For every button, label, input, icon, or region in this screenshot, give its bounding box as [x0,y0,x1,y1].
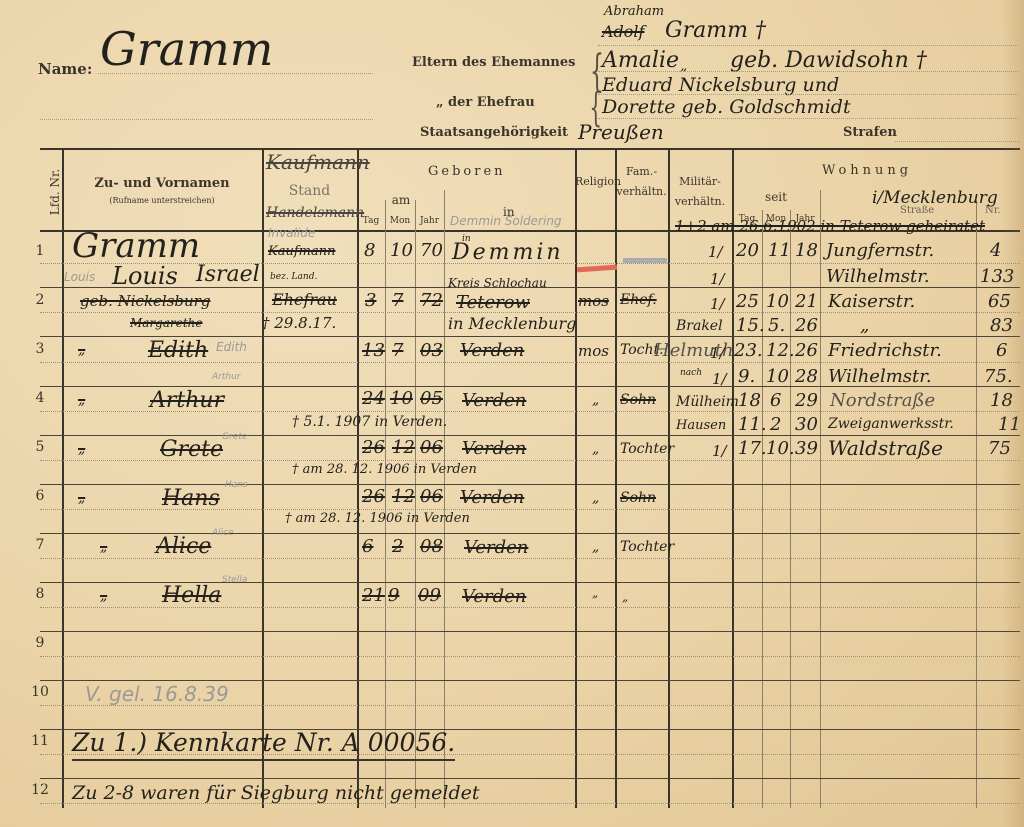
row6-place: Verden [460,487,524,508]
col-header-stand: Stand [262,183,357,199]
row-number: 9 [30,635,50,651]
row4-jahr: 05 [420,388,443,409]
col-header-geboren: Geboren [428,164,506,179]
parents-line-1 [598,44,1018,46]
row8-ditto: „ [100,588,107,604]
row2-name-line2: geb. Nickelsburg [80,292,210,310]
residence-jahr: 18 [795,240,818,261]
row2-stand-note: bez. Land. [270,272,317,282]
residence-nr: 65 [988,291,1011,312]
residence-nr: 133 [980,266,1014,287]
residence-street: Wilhelmstr. [826,266,930,287]
row6-death-note: † am 28. 12. 1906 in Verden [285,511,470,526]
residence-street: Zweiganwerksstr. [828,416,954,432]
row1-mon: 10 [390,240,413,261]
col-divider [385,200,386,808]
residence-mon: 10. [766,438,795,459]
stand-struck-handelsmann: Handelsmann [266,205,364,221]
row7-ditto: „ [100,539,107,555]
row3-tag: 13 [362,340,385,361]
row4-death-note: † 5.1. 1907 in Verden. [292,414,447,430]
col-header-jahr: Jahr [415,216,444,226]
row3-name: Edith [148,338,208,363]
residence-mon: 11 [768,240,791,261]
col-header-am: am [357,193,445,207]
row8-jahr: 09 [418,585,441,606]
row8-tag: 21 [362,585,385,606]
row2-place: Teterow [456,292,530,313]
row7-fam: Tochter [620,539,674,555]
residence-tag: 11. [738,414,767,435]
row2-tag: 3 [365,290,376,311]
row5-ditto: „ [78,441,85,457]
row5-mon: 12 [392,437,415,458]
row4-name: Arthur [150,388,224,413]
row4-fam: Sohn [620,392,656,408]
row-number: 11 [30,733,50,749]
col-divider [732,148,734,808]
name-label: Name: [38,60,92,78]
row2-name-line3: Margarethe [130,316,203,330]
in-pencil-note: Demmin Soldering [450,214,562,228]
residence-jahr: 28 [795,366,818,387]
residence-mark: 1/ [710,295,725,313]
stand-struck-kaufmann: Kaufmann [266,150,370,174]
residence-mark: 1/ [708,243,723,261]
residence-mark: 1/ [710,270,725,288]
row3-name-pencil: Edith [216,340,247,354]
father-husband-correction: Abraham [604,4,664,19]
residence-nr: 11 [998,414,1021,435]
row3-mon: 7 [392,340,403,361]
row1-place: Demmin [452,240,564,265]
col-divider [976,200,977,808]
row6-jahr: 06 [420,486,443,507]
col-header-fam: Fam.-verhältn. [615,162,668,202]
blue-pencil-mark [623,258,667,263]
parents-wife-line2: Dorette geb. Goldschmidt [602,96,851,118]
col-header-seit: seit [732,190,820,204]
residence-nr: 83 [990,315,1013,336]
row7-name-pencil: Alice [212,528,234,538]
row7-religion: „ [592,539,599,555]
row1-jahr: 70 [420,240,443,261]
name-second-line [40,118,373,120]
militaer-extra-note: nach [680,368,702,378]
residence-mon: 12. [766,340,795,361]
row3-religion: mos [578,342,609,360]
residence-street: Waldstraße [828,436,943,460]
row2-name-extra: Israel [196,262,260,287]
row1-stand: Kaufmann [268,244,335,259]
row4-ditto: „ [78,392,85,408]
col-divider [262,148,264,808]
row2-mon: 7 [392,290,403,311]
row6-name: Hans [162,486,220,511]
row1-name: Gramm [72,226,200,266]
col-header-lfd-nr: Lfd. Nr. [48,167,62,217]
col-header-wohnung: Wohnung [822,163,912,178]
row7-jahr: 08 [420,536,443,557]
row8-name: Hella [162,583,221,608]
row3-ditto: „ [78,342,85,358]
row2-name: Louis [112,262,178,290]
col-divider [62,148,64,808]
residence-tag: 15. [736,315,765,336]
row-number: 12 [30,782,50,798]
row2-place-pre: Kreis Schlochau [448,276,547,290]
residence-street: „ [860,315,869,336]
row8-name-pencil: Stella [222,575,247,585]
residence-tag: 23. [734,340,763,361]
row3-place: Verden [460,340,524,361]
residence-mark: Mülheim [676,394,739,410]
marriage-note: 1+2 am 26.6.1902 in Teterow geheiratet [675,217,985,235]
row8-mon: 9 [388,585,399,606]
wohnung-note-mecklenburg: i/Mecklenburg [872,188,998,208]
table-top-border [40,148,1020,150]
row2-jahr: 72 [420,290,443,311]
row8-religion: „ [592,586,598,600]
residence-nr: 4 [990,240,1001,261]
residence-nr: 75 [988,438,1011,459]
residence-jahr: 29 [795,390,818,411]
row-number: 7 [30,537,50,553]
parents-husband-label: Eltern des Ehemannes [412,55,575,70]
residence-street: Jungfernstr. [826,240,934,261]
row5-death-note: † am 28. 12. 1906 in Verden [292,462,477,477]
residence-tag: 25 [736,291,759,312]
residence-mark: Brakel [676,318,723,334]
parents-line-3 [598,93,1018,95]
residence-mark: 1/ [712,442,727,460]
row8-place: Verden [462,586,526,607]
residence-nr: 6 [996,340,1007,361]
residence-mon: 2 [770,414,781,435]
residence-mark: 1/ [710,344,725,362]
col-header-names-sub: (Rufname unterstreichen) [62,196,262,205]
residence-street: Friedrichstr. [828,340,942,361]
col-header-mon: Mon [385,216,415,226]
row12-note: Zu 2-8 waren für Siegburg nicht gemeldet [72,782,480,804]
row5-jahr: 06 [420,437,443,458]
residence-street: Nordstraße [830,390,935,411]
residence-street: Wilhelmstr. [828,366,932,387]
registration-card: Name: Gramm Eltern des Ehemannes „ der E… [0,0,1024,827]
row-number: 4 [30,390,50,406]
row-number: 10 [30,684,50,700]
residence-mark: 1/ [712,370,727,388]
residence-mon: 10 [766,291,789,312]
row-number: 8 [30,586,50,602]
row6-tag: 26 [362,486,385,507]
penalties-line [895,140,1020,142]
row2-stand: Ehefrau [272,290,337,309]
row2-religion: mos [578,292,609,310]
col-divider [357,148,359,808]
residence-jahr: 26 [795,340,818,361]
residence-jahr: 39 [795,438,818,459]
row2-death-note: † 29.8.17. [262,314,336,332]
col-divider [444,190,445,808]
row-number: 1 [30,243,50,259]
row6-fam: Sohn [620,490,656,506]
row7-mon: 2 [392,536,403,557]
col-divider [575,148,577,808]
residence-nr: 18 [990,390,1013,411]
parents-wife-label: „ der Ehefrau [436,95,535,110]
penalties-label: Strafen [843,125,897,140]
row8-fam: „ [622,590,628,604]
row7-name: Alice [156,534,211,559]
row-number: 2 [30,292,50,308]
col-divider [668,148,670,808]
residence-nr: 75. [984,366,1013,387]
row5-name: Grete [160,437,223,462]
row11-kennkarte-note: Zu 1.) Kennkarte Nr. A 00056. [72,728,455,761]
residence-tag: 17. [738,438,767,459]
col-header-militaer: Militär-verhältn. [668,172,732,212]
row4-name-pencil: Arthur [212,372,241,382]
parents-line-2 [598,70,1018,72]
name-value: Gramm [100,22,273,76]
residence-jahr: 26 [795,315,818,336]
row5-religion: „ [592,441,599,457]
row5-tag: 26 [362,437,385,458]
row7-tag: 6 [362,536,373,557]
row4-tag: 24 [362,388,385,409]
father-husband-struck: Adolf [602,22,644,41]
col-divider [820,190,821,808]
row7-place: Verden [464,537,528,558]
residence-mon: 10 [766,366,789,387]
row4-place: Verden [462,390,526,411]
residence-tag: 20 [736,240,759,261]
row-number: 3 [30,341,50,357]
citizenship-value: Preußen [578,120,664,144]
row2-place-post: in Mecklenburg [448,314,576,333]
row5-name-pencil: Grete [222,432,247,442]
residence-tag: 9. [738,366,755,387]
father-husband-surname: Gramm † [665,18,766,43]
row5-fam: Tochter [620,441,674,457]
col-header-tag: Tag [357,216,385,226]
row-number: 5 [30,439,50,455]
row4-mon: 10 [390,388,413,409]
row1-stand-pencil: Invalide [268,226,315,240]
row10-pencil-note: V. gel. 16.8.39 [85,682,229,706]
parents-line-4 [598,117,1018,119]
row5-place: Verden [462,438,526,459]
citizenship-label: Staatsangehörigkeit [420,125,568,140]
red-pencil-mark [577,265,617,273]
row6-name-pencil: Hans [225,480,248,490]
row6-religion: „ [592,490,599,506]
residence-jahr: 21 [795,291,818,312]
col-header-religion: Religion [575,172,615,192]
row6-ditto: „ [78,490,85,506]
residence-tag: 18 [738,390,761,411]
row6-mon: 12 [392,486,415,507]
col-divider [615,148,617,808]
col-header-names: Zu- und Vornamen [62,176,262,191]
residence-street: Kaiserstr. [828,291,915,312]
row3-jahr: 03 [420,340,443,361]
residence-mon: 6 [770,390,781,411]
row2-fam: Ehef. [620,292,657,308]
row-number: 6 [30,488,50,504]
row1-tag: 8 [364,240,375,261]
row2-name-pencil: Louis [64,270,95,284]
residence-jahr: 30 [795,414,818,435]
row4-religion: „ [592,392,599,408]
residence-mark: Hausen [676,418,726,433]
residence-mon: 5. [768,315,785,336]
col-divider [415,200,416,808]
